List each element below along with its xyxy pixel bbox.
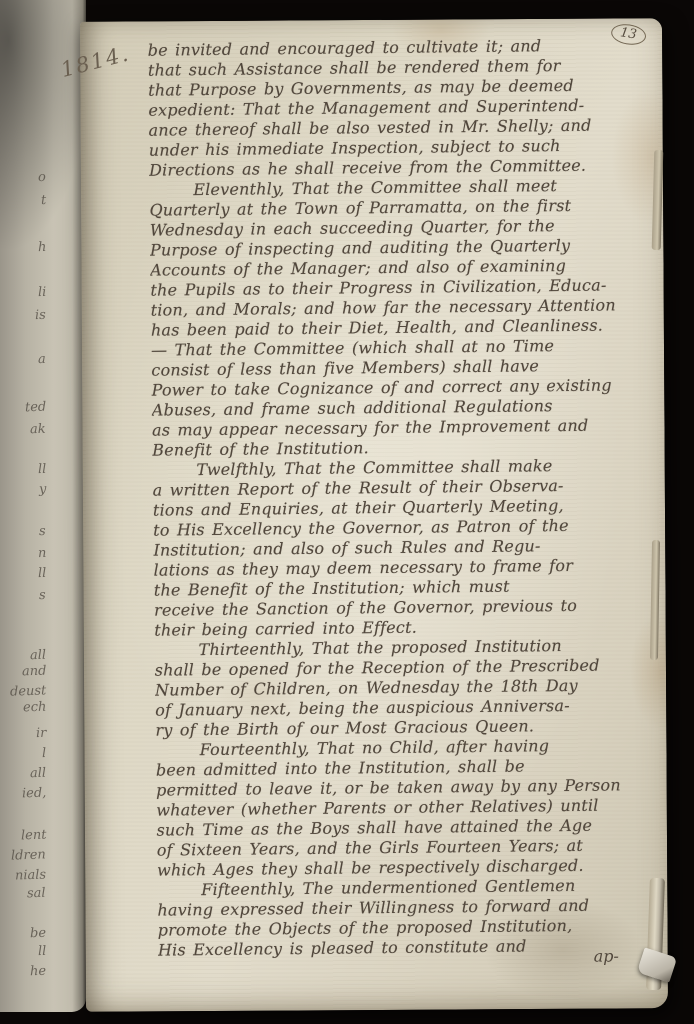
edge-text-fragment: all (30, 648, 47, 664)
manuscript-page: 1814. 13 be invited and encouraged to cu… (80, 18, 668, 1012)
edge-text-fragment: t (41, 193, 47, 208)
edge-text-fragment: is (35, 308, 46, 323)
edge-text-fragment: lent (20, 828, 46, 844)
edge-text-fragment: ak (30, 422, 46, 438)
previous-page-edge: othliisatedakllysnllsallanddeustechirlal… (0, 0, 86, 1012)
edge-text-fragment: be (30, 926, 47, 942)
catchword: ap- (594, 947, 619, 966)
edge-text-fragment: ied, (21, 786, 46, 802)
edge-text-fragment: o (38, 170, 46, 185)
edge-text-fragment: ech (22, 700, 46, 716)
manuscript-photo: othliisatedakllysnllsallanddeustechirlal… (0, 0, 694, 1024)
edge-text-fragment: deust (9, 683, 46, 699)
edge-text-fragment: ldren (11, 847, 46, 863)
edge-text-fragment: s (39, 524, 46, 539)
manuscript-text: be invited and encouraged to cultivate i… (148, 35, 665, 1005)
edge-text-fragment: nials (15, 867, 47, 883)
edge-text-fragment: ll (37, 944, 46, 959)
edge-text-fragment: y (38, 482, 46, 497)
edge-text-fragment: all (30, 766, 47, 782)
edge-text-fragment: ted (24, 400, 46, 416)
edge-text-fragment: h (37, 240, 46, 255)
edge-text-fragment: li (37, 285, 46, 300)
edge-text-fragment: s (39, 588, 46, 603)
edge-text-fragment: l (42, 746, 47, 761)
edge-text-fragment: he (30, 964, 47, 980)
edge-text-fragment: sal (27, 886, 46, 902)
edge-text-fragment: n (37, 546, 46, 561)
edge-text-fragment: a (38, 352, 46, 367)
edge-text-fragment: ir (35, 726, 46, 741)
edge-text-fragment: ll (37, 566, 46, 581)
edge-text-fragment: and (21, 664, 46, 680)
edge-text-fragment: ll (37, 462, 46, 477)
